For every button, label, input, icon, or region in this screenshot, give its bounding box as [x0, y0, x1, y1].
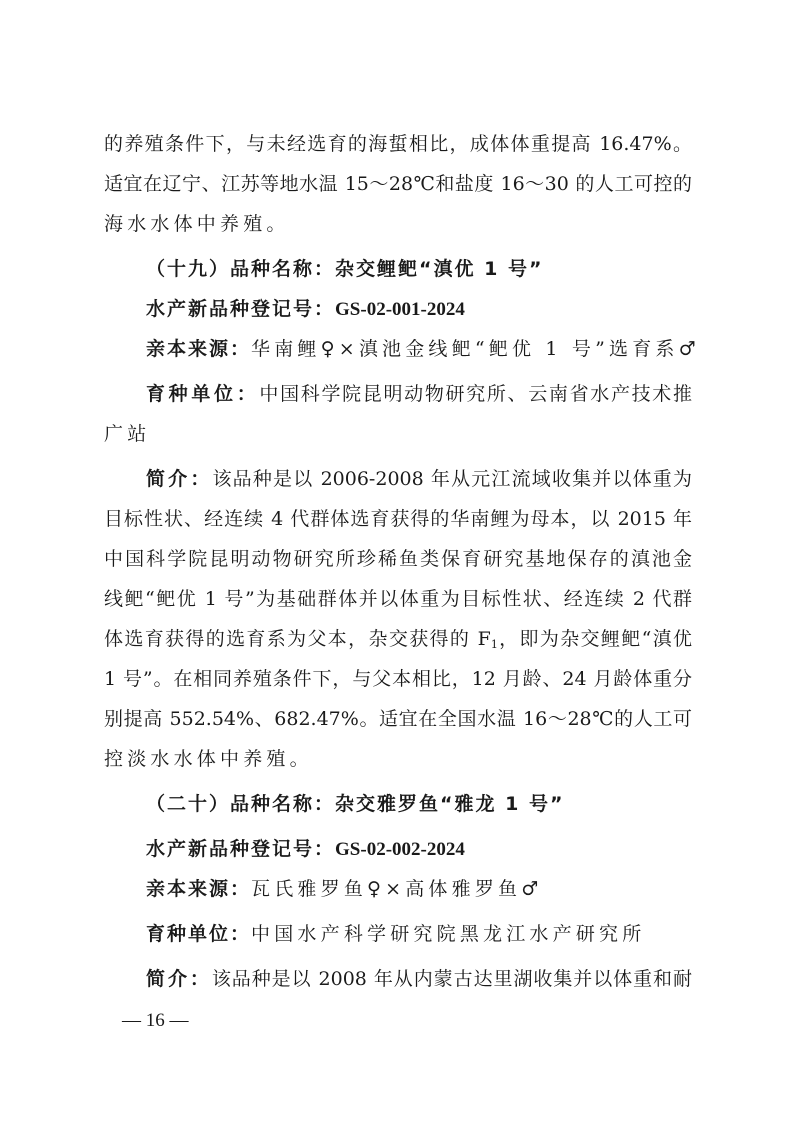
intro-line: 目标性状、经连续 4 代群体选育获得的华南鲤为母本，以 2015 年: [104, 499, 692, 539]
document-page: 的养殖条件下，与未经选育的海蜇相比，成体体重提高 16.47%。 适宜在辽宁、江…: [0, 0, 794, 1123]
unit-value: 中国科学院昆明动物研究所、云南省水产技术推: [259, 383, 692, 405]
parent-source: 亲本来源：瓦氏雅罗鱼♀×高体雅罗鱼♂: [146, 869, 692, 909]
entry-heading: （十九）品种名称：杂交鲤鲃“滇优 1 号”: [146, 249, 692, 289]
intro-line: 体选育获得的选育系为父本，杂交获得的 F1，即为杂交鲤鲃“滇优: [104, 619, 692, 659]
body-line: 的养殖条件下，与未经选育的海蜇相比，成体体重提高 16.47%。: [104, 124, 692, 164]
parent-label: 亲本来源：: [146, 338, 251, 360]
f1-subscript: 1: [491, 638, 498, 651]
intro-line: 1 号”。在相同养殖条件下，与父本相比，12 月龄、24 月龄体重分: [104, 659, 692, 699]
registration-number: 水产新品种登记号：GS-02-002-2024: [146, 829, 692, 869]
parent-label: 亲本来源：: [146, 878, 251, 900]
unit-label: 育种单位：: [146, 383, 259, 405]
unit-value-continued: 广站: [104, 414, 692, 454]
intro-line: 中国科学院昆明动物研究所珍稀鱼类保育研究基地保存的滇池金: [104, 539, 692, 579]
intro-text: 该品种是以 2006-2008 年从元江流域收集并以体重为: [213, 468, 692, 490]
registration-label: 水产新品种登记号：: [146, 838, 335, 860]
intro-label: 简介：: [146, 468, 213, 490]
intro-text: 体选育获得的选育系为父本，杂交获得的 F: [104, 628, 491, 650]
parent-source: 亲本来源：华南鲤♀×滇池金线鲃“鲃优 1 号”选育系♂: [146, 329, 692, 369]
intro-line: 别提高 552.54%、682.47%。适宜在全国水温 16～28℃的人工可: [104, 699, 692, 739]
intro-text: 该品种是以 2008 年从内蒙古达里湖收集并以体重和耐: [212, 968, 692, 990]
registration-number: 水产新品种登记号：GS-02-001-2024: [146, 289, 692, 329]
parent-value: 华南鲤♀×滇池金线鲃“鲃优 1 号”选育系♂: [251, 338, 700, 360]
unit-label: 育种单位：: [146, 923, 251, 945]
body-line: 海水水体中养殖。: [104, 204, 692, 244]
breeding-unit: 育种单位：中国科学院昆明动物研究所、云南省水产技术推: [146, 374, 692, 414]
intro-line: 简介：该品种是以 2006-2008 年从元江流域收集并以体重为: [146, 459, 692, 499]
entry-heading: （二十）品种名称：杂交雅罗鱼“雅龙 1 号”: [146, 784, 692, 824]
registration-value: GS-02-002-2024: [335, 839, 465, 860]
intro-line: 线鲃“鲃优 1 号”为基础群体并以体重为目标性状、经连续 2 代群: [104, 579, 692, 619]
breeding-unit: 育种单位：中国水产科学研究院黑龙江水产研究所: [146, 914, 692, 954]
page-number: — 16 —: [122, 1010, 189, 1032]
registration-value: GS-02-001-2024: [335, 299, 465, 320]
intro-text: ，即为杂交鲤鲃“滇优: [498, 628, 692, 650]
body-line: 适宜在辽宁、江苏等地水温 15～28℃和盐度 16～30 的人工可控的: [104, 164, 692, 204]
unit-value: 中国水产科学研究院黑龙江水产研究所: [251, 923, 645, 945]
intro-label: 简介：: [146, 968, 212, 990]
registration-label: 水产新品种登记号：: [146, 298, 335, 320]
intro-line: 控淡水水体中养殖。: [104, 739, 692, 779]
parent-value: 瓦氏雅罗鱼♀×高体雅罗鱼♂: [251, 878, 542, 900]
intro-line: 简介：该品种是以 2008 年从内蒙古达里湖收集并以体重和耐: [146, 959, 692, 999]
